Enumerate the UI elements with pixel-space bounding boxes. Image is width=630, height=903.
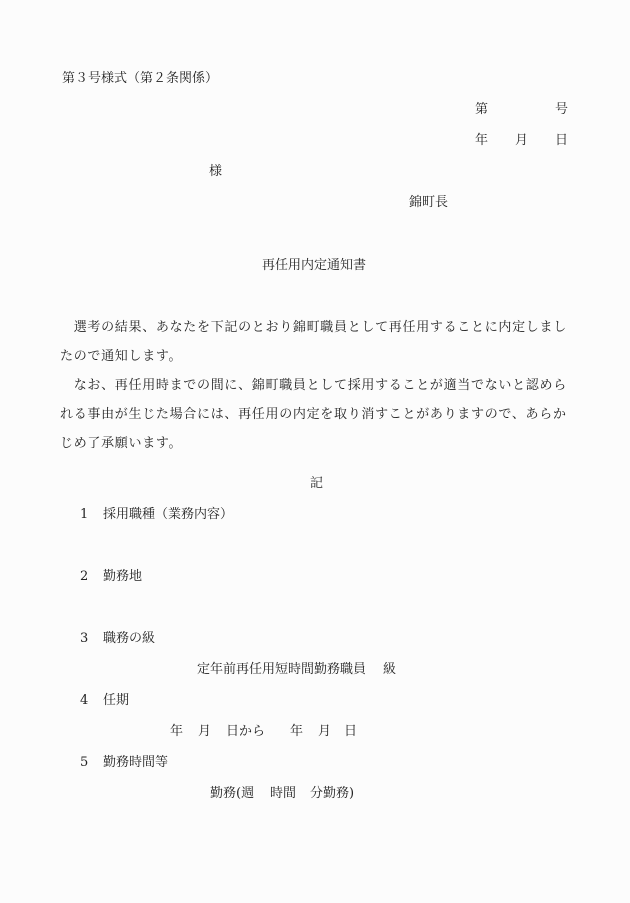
form-label: 第３号様式（第２条関係） [62, 72, 218, 85]
document-title: 再任用内定通知書 [262, 259, 366, 272]
item-2-number: 2 [80, 570, 88, 583]
term-from-month: 月 [198, 725, 211, 738]
work-hours-hours: 時間 [270, 787, 296, 800]
document-number-suffix: 号 [555, 103, 568, 116]
term-to-day: 日 [344, 725, 357, 738]
body-paragraph-2-line-2: れる事由が生じた場合には、再任用の内定を取り消すことがありますので、あらか [60, 400, 572, 429]
addressee-suffix: 様 [209, 165, 222, 178]
term-from-day: 日から [226, 725, 265, 738]
date-year: 年 [475, 134, 488, 147]
item-3-detail-suffix: 級 [383, 663, 396, 676]
term-to-year: 年 [290, 725, 303, 738]
issuer: 錦町長 [409, 196, 448, 209]
body-paragraph-2-line-1: なお、再任用時までの間に、錦町職員として採用することが適当でないと認めら [60, 371, 572, 400]
item-3-label: 職務の級 [103, 632, 155, 645]
item-3-number: 3 [80, 632, 88, 645]
item-5-label: 勤務時間等 [103, 756, 168, 769]
item-1-label: 採用職種（業務内容） [103, 508, 233, 521]
date-day: 日 [555, 134, 568, 147]
body-paragraph-2: なお、再任用時までの間に、錦町職員として採用することが適当でないと認めら れる事… [60, 371, 572, 458]
item-2-label: 勤務地 [103, 570, 142, 583]
body-paragraph-1-line-2: たので通知します。 [60, 342, 572, 371]
ki-heading: 記 [310, 477, 323, 490]
document-number-prefix: 第 [475, 103, 488, 116]
item-3-detail: 定年前再任用短時間勤務職員 [197, 663, 366, 676]
body-paragraph-1-line-1: 選考の結果、あなたを下記のとおり錦町職員として再任用することに内定しまし [60, 313, 572, 342]
term-from-year: 年 [170, 725, 183, 738]
body-paragraph-1: 選考の結果、あなたを下記のとおり錦町職員として再任用することに内定しまし たので… [60, 313, 572, 371]
item-4-number: 4 [80, 694, 88, 707]
term-to-month: 月 [318, 725, 331, 738]
item-1-number: 1 [80, 508, 88, 521]
item-5-number: 5 [80, 756, 88, 769]
body-paragraph-2-line-3: じめ了承願います。 [60, 429, 572, 458]
work-hours-minutes: 分勤務) [310, 787, 354, 800]
item-4-label: 任期 [103, 694, 129, 707]
date-month: 月 [515, 134, 528, 147]
work-hours-prefix: 勤務(週 [210, 787, 254, 800]
